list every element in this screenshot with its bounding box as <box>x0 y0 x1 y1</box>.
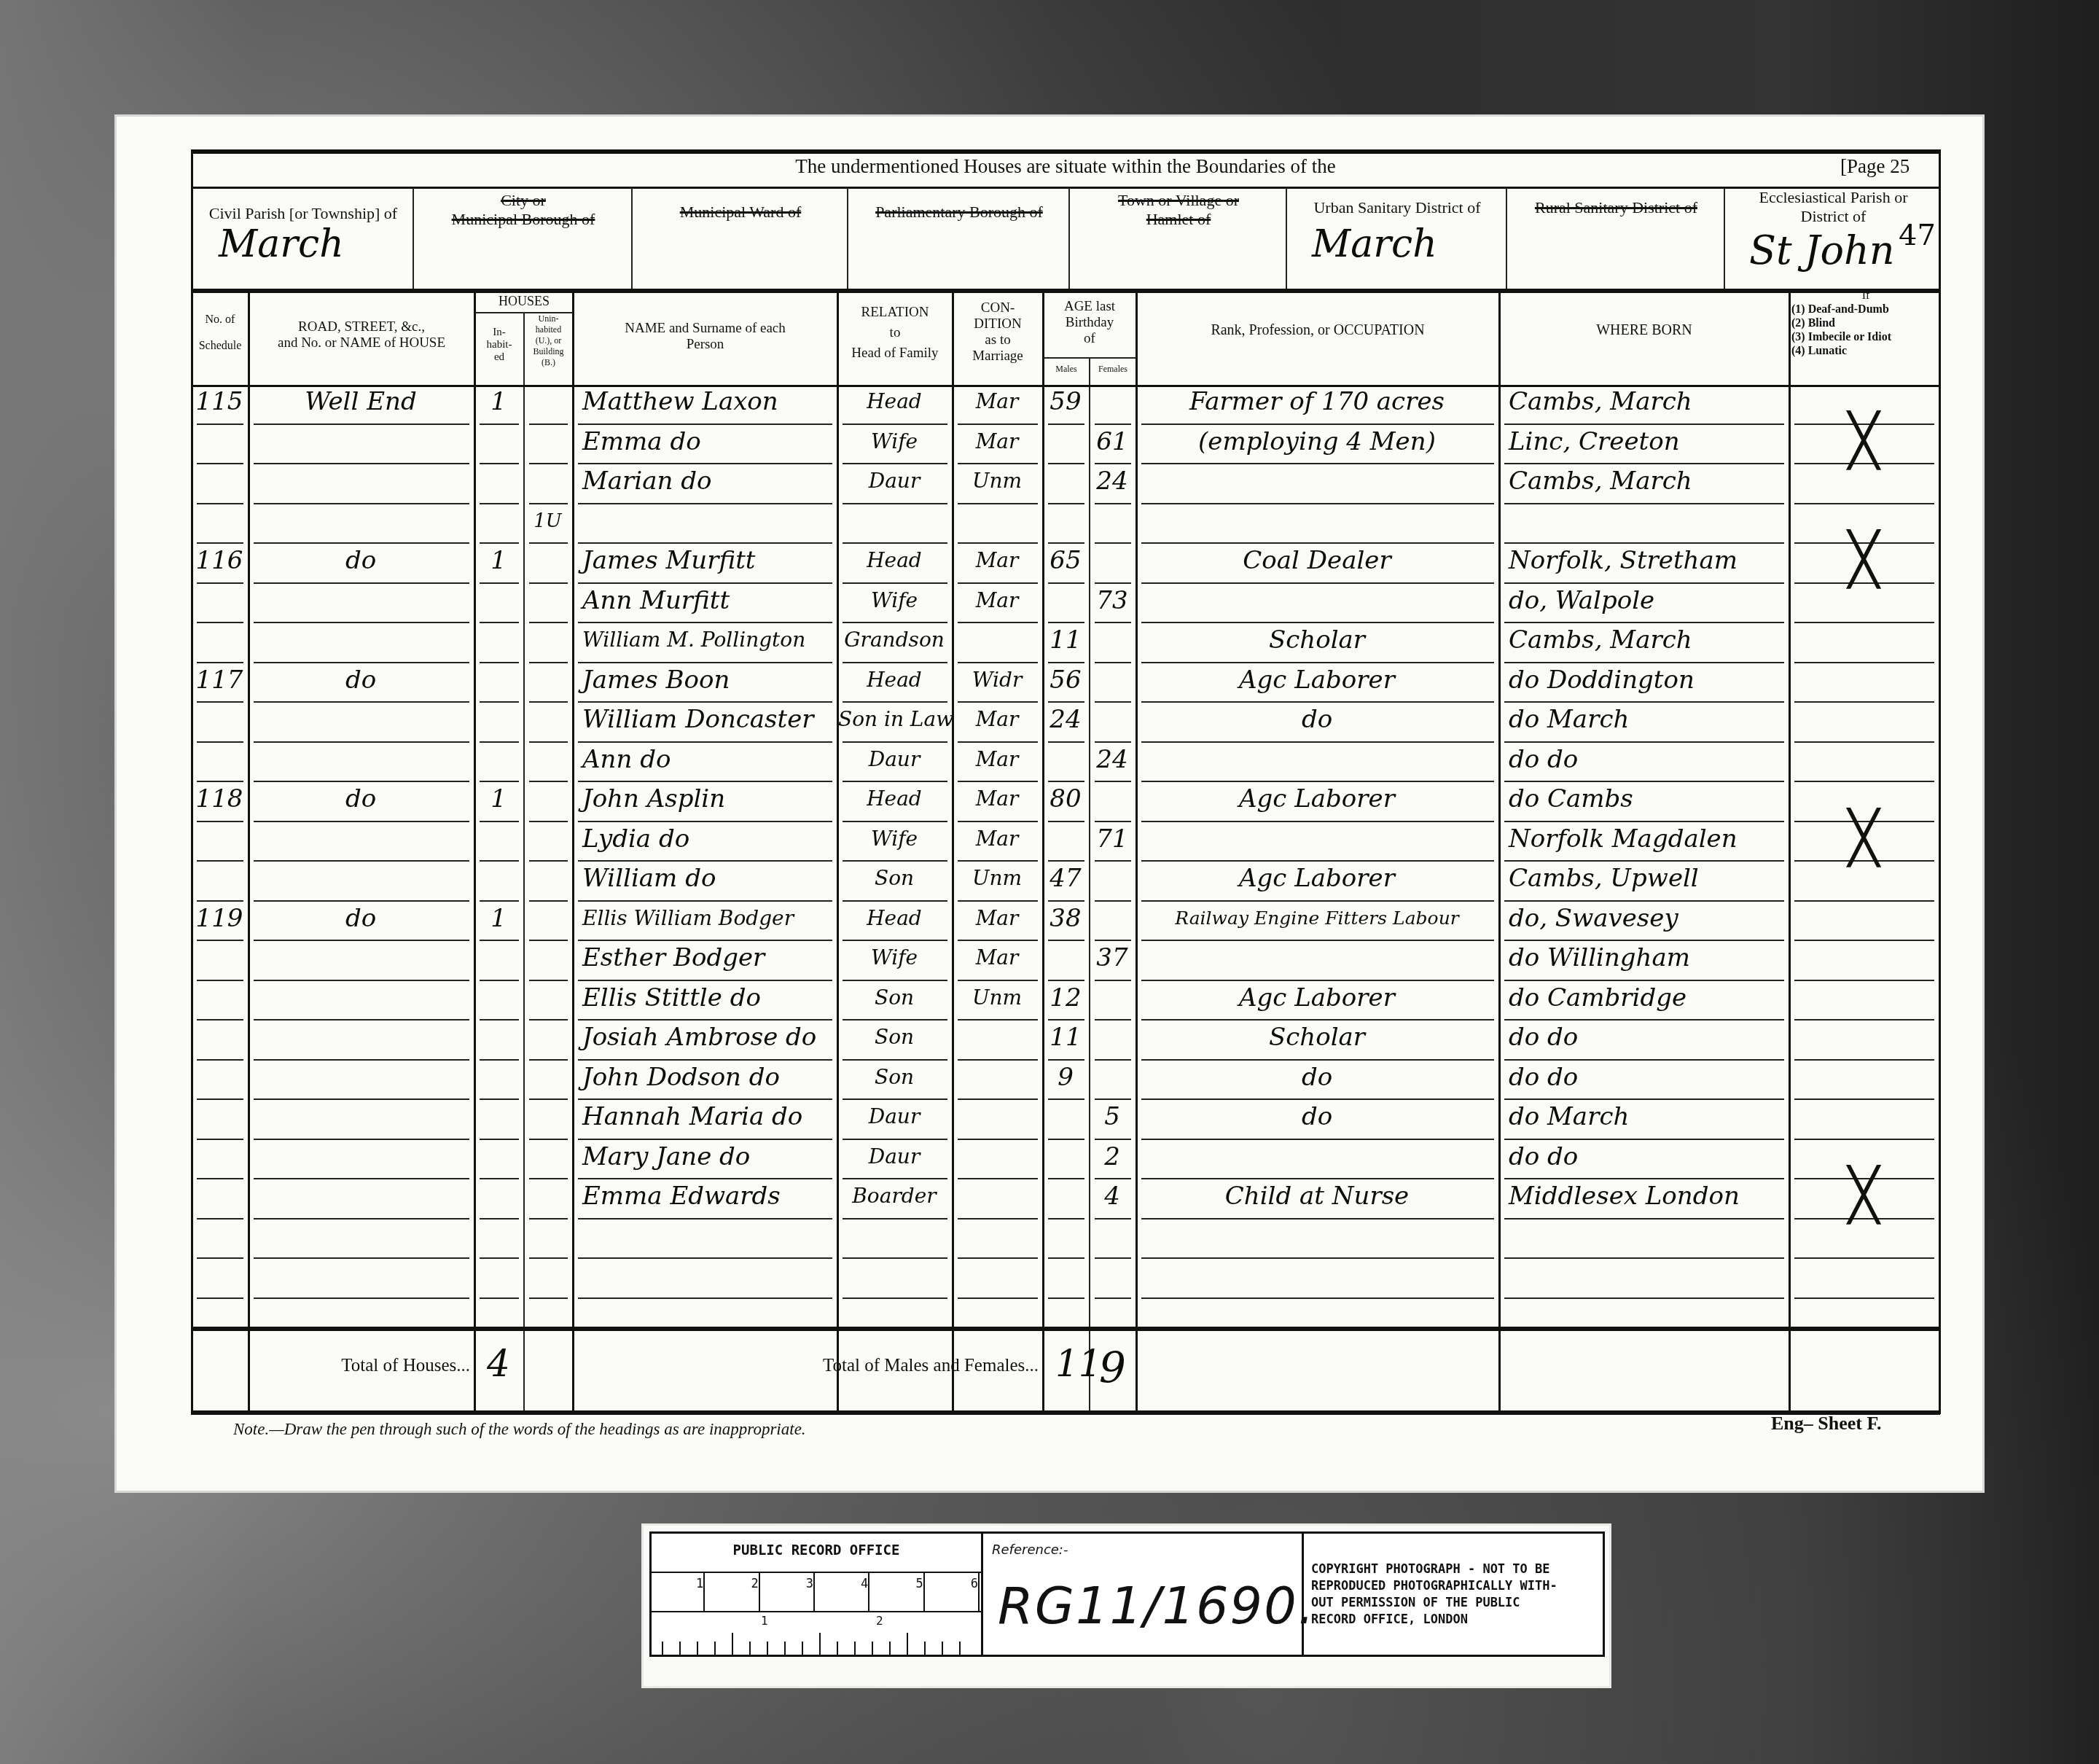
col-relation-line: to <box>838 325 952 341</box>
row-rule <box>197 940 243 941</box>
cell-name: William do <box>582 859 844 898</box>
totals-bottom-rule <box>191 1410 1940 1415</box>
folio-number: 47 <box>1899 219 1936 252</box>
cell-relation: Wife <box>838 938 950 977</box>
cell-schedule: 116 <box>192 541 246 580</box>
row-rule <box>1048 1218 1084 1219</box>
row-rule <box>1794 781 1934 782</box>
row-rule <box>1095 701 1131 703</box>
cell-inhabited: 1 <box>475 899 522 938</box>
stamp-reference-panel: Reference:- RG11/1690. <box>983 1534 1304 1655</box>
row-rule <box>958 1019 1038 1020</box>
row-rule <box>1794 503 1934 504</box>
row-rule <box>1095 1257 1131 1259</box>
row-rule <box>197 821 243 822</box>
cell-name: Ann Murfitt <box>582 581 844 620</box>
cell-name: James Murfitt <box>582 541 844 580</box>
cell-relation: Daur <box>838 740 950 779</box>
cell-road: do <box>249 779 472 819</box>
cell-schedule: 118 <box>192 779 246 819</box>
scale-tick <box>959 1642 961 1655</box>
cell-where-born: do Doddington <box>1509 660 1796 700</box>
urban-sanitary-label: Urban Sanitary District of <box>1289 198 1506 217</box>
cell-occupation: Scholar <box>1137 620 1497 660</box>
row-rule <box>254 741 469 743</box>
cell-condition: Unm <box>953 978 1041 1018</box>
col-infirmity-line: If <box>1791 289 1940 303</box>
record-office-stamp: PUBLIC RECORD OFFICE 123456 12 Reference… <box>641 1523 1611 1688</box>
row-rule <box>1504 1297 1784 1299</box>
row-rule <box>480 701 519 703</box>
cell-occupation: Railway Engine Fitters Labour <box>1137 899 1497 938</box>
totals-top-rule <box>191 1327 1940 1331</box>
cell-relation: Daur <box>838 1097 950 1136</box>
row-rule <box>1141 463 1494 464</box>
cell-occupation: Agc Laborer <box>1137 859 1497 898</box>
row-rule <box>578 1257 832 1259</box>
row-rule <box>480 582 519 584</box>
scale-tick <box>854 1642 856 1655</box>
row-rule <box>254 582 469 584</box>
column-rule <box>1498 289 1501 1410</box>
scale-tick <box>714 1642 716 1655</box>
cell-female-age: 2 <box>1090 1137 1134 1176</box>
cell-name: John Dodson do <box>582 1058 844 1097</box>
row-rule <box>254 1098 469 1100</box>
row-rule <box>1048 424 1084 425</box>
scale-tick <box>819 1633 821 1655</box>
cell-infirmity: ╳ <box>1790 410 1937 470</box>
row-rule <box>1794 741 1934 743</box>
cell-male-age: 56 <box>1044 660 1087 700</box>
col-relation-line: RELATION <box>838 305 952 321</box>
municipal-ward-label: Municipal Ward of <box>634 203 847 222</box>
ecclesiastical-label-1: Ecclesiastical Parish or <box>1727 188 1940 207</box>
scale-tick <box>697 1642 698 1655</box>
row-rule <box>197 860 243 862</box>
row-rule <box>197 1059 243 1061</box>
cell-relation: Head <box>838 899 950 938</box>
cell-where-born: Norfolk Magdalen <box>1509 819 1796 859</box>
row-rule <box>1141 821 1494 822</box>
admin-divider <box>1286 188 1287 292</box>
column-rule <box>1089 357 1090 1410</box>
total-persons-label: Total of Males and Females... <box>729 1356 1039 1376</box>
column-rule <box>474 289 476 1410</box>
town-village-label-1: Town or Village or <box>1071 191 1286 210</box>
row-rule <box>529 463 568 464</box>
cell-name: Esther Bodger <box>582 938 844 977</box>
row-rule <box>1095 1019 1131 1020</box>
row-rule <box>1794 1059 1934 1061</box>
row-rule <box>480 1059 519 1061</box>
row-rule <box>254 424 469 425</box>
col-infirmity-line: (4) Lunatic <box>1791 344 1940 358</box>
cell-female-age: 24 <box>1090 461 1134 501</box>
cell-occupation: Agc Laborer <box>1137 660 1497 700</box>
cell-relation: Head <box>838 779 950 819</box>
col-uninhabited-line: habited <box>525 324 572 335</box>
row-rule <box>578 503 832 504</box>
row-rule <box>1048 582 1084 584</box>
row-rule <box>1141 940 1494 941</box>
cell-relation: Wife <box>838 581 950 620</box>
cell-occupation: do <box>1137 1058 1497 1097</box>
admin-top-rule <box>191 187 1940 189</box>
row-rule <box>197 701 243 703</box>
cell-relation: Head <box>838 541 950 580</box>
row-rule <box>529 1098 568 1100</box>
col-road-line: and No. or NAME of HOUSE <box>249 335 474 351</box>
row-rule <box>254 1019 469 1020</box>
scale-tick <box>889 1642 891 1655</box>
cell-occupation: Child at Nurse <box>1137 1176 1497 1216</box>
row-rule <box>529 1297 568 1299</box>
col-uninhabited-line: (U.), or <box>525 335 572 346</box>
total-females-value: 9 <box>1099 1343 1126 1392</box>
row-rule <box>1504 1218 1784 1219</box>
row-rule <box>1095 622 1131 623</box>
ecclesiastical-value: St John <box>1749 227 1895 273</box>
row-rule <box>480 1257 519 1259</box>
row-rule <box>1794 1098 1934 1100</box>
cell-inhabited: 1 <box>475 382 522 421</box>
scale-centimetres: 12 <box>652 1612 981 1655</box>
cell-where-born: do Willingham <box>1509 938 1796 977</box>
admin-bottom-rule <box>191 289 1940 293</box>
row-rule <box>958 1059 1038 1061</box>
cell-where-born: do March <box>1509 1097 1796 1136</box>
cell-occupation: (employing 4 Men) <box>1137 422 1497 461</box>
col-where-born: WHERE BORN <box>1500 322 1789 338</box>
row-rule <box>1048 940 1084 941</box>
col-condition-line: DITION <box>953 316 1042 332</box>
row-rule <box>529 1257 568 1259</box>
cell-condition: Mar <box>953 700 1041 739</box>
stamp-scale-panel: PUBLIC RECORD OFFICE 123456 12 <box>652 1534 983 1655</box>
scale-segment: 4 <box>816 1573 869 1611</box>
cell-condition: Mar <box>953 740 1041 779</box>
row-rule <box>843 1218 947 1219</box>
cell-where-born: do Cambridge <box>1509 978 1796 1018</box>
scale-segment: 1 <box>652 1573 705 1611</box>
cell-occupation: Agc Laborer <box>1137 779 1497 819</box>
row-rule <box>1504 503 1784 504</box>
cell-male-age: 59 <box>1044 382 1087 421</box>
col-schedule-line: No. of <box>192 312 248 328</box>
scale-tick <box>907 1633 908 1655</box>
row-rule <box>1794 622 1934 623</box>
row-rule <box>197 1257 243 1259</box>
row-rule <box>958 1257 1038 1259</box>
row-rule <box>197 1139 243 1140</box>
row-rule <box>529 582 568 584</box>
col-condition: CON- DITION as to Marriage <box>953 300 1042 364</box>
scale-tick <box>662 1642 663 1655</box>
col-relation: RELATION to Head of Family <box>838 305 952 362</box>
col-infirmity-line: (1) Deaf-and-Dumb <box>1791 303 1940 316</box>
scale-tick <box>802 1642 803 1655</box>
row-rule <box>197 1218 243 1219</box>
row-rule <box>958 503 1038 504</box>
column-rule <box>248 289 250 1410</box>
col-uninhabited-line: (B.) <box>525 357 572 368</box>
col-age-line: Birthday <box>1044 315 1136 331</box>
cell-infirmity: ╳ <box>1790 1165 1937 1225</box>
row-rule <box>254 1218 469 1219</box>
column-rule <box>572 289 574 1410</box>
row-rule <box>1141 741 1494 743</box>
scale-tick <box>837 1642 838 1655</box>
cell-relation: Son <box>838 1058 950 1097</box>
scale-tick <box>784 1642 786 1655</box>
cell-condition: Widr <box>953 660 1041 700</box>
row-rule <box>529 622 568 623</box>
col-condition-line: as to <box>953 332 1042 348</box>
row-rule <box>480 741 519 743</box>
col-age-line: of <box>1044 331 1136 347</box>
col-age-line: AGE last <box>1044 299 1136 315</box>
copyright-line: RECORD OFFICE, LONDON <box>1311 1612 1557 1628</box>
col-condition-line: Marriage <box>953 348 1042 364</box>
scale-segment: 2 <box>706 1573 759 1611</box>
total-houses-label: Total of Houses... <box>306 1356 470 1376</box>
column-rule <box>1042 289 1044 1410</box>
sheet-label: Eng– Sheet F. <box>1771 1413 1881 1435</box>
admin-divider <box>847 188 848 292</box>
page-number: [Page 25 <box>1840 153 1910 179</box>
cell-condition: Mar <box>953 938 1041 977</box>
cell-name: Matthew Laxon <box>582 382 844 421</box>
cell-name: William M. Pollington <box>582 620 844 660</box>
cell-male-age: 38 <box>1044 899 1087 938</box>
row-rule <box>254 622 469 623</box>
cell-condition: Mar <box>953 899 1041 938</box>
col-age: AGE last Birthday of <box>1044 299 1136 347</box>
row-rule <box>197 1098 243 1100</box>
scale-tick <box>732 1633 733 1655</box>
row-rule <box>958 622 1038 623</box>
municipal-borough-label-1: City or <box>415 191 631 210</box>
cell-where-born: do do <box>1509 1058 1796 1097</box>
cell-occupation: Scholar <box>1137 1018 1497 1057</box>
cell-occupation: Agc Laborer <box>1137 978 1497 1018</box>
cell-name: Lydia do <box>582 819 844 859</box>
col-inhabited-line: In- <box>475 327 523 339</box>
row-rule <box>197 582 243 584</box>
cell-where-born: Linc, Creeton <box>1509 422 1796 461</box>
row-rule <box>529 701 568 703</box>
cell-female-age: 37 <box>1090 938 1134 977</box>
row-rule <box>1095 1218 1131 1219</box>
row-rule <box>1048 821 1084 822</box>
row-rule <box>1095 542 1131 544</box>
cell-male-age: 12 <box>1044 978 1087 1018</box>
cell-inhabited: 1 <box>475 541 522 580</box>
stamp-frame: PUBLIC RECORD OFFICE 123456 12 Reference… <box>649 1531 1605 1657</box>
cell-relation: Head <box>838 382 950 421</box>
cell-relation: Grandson <box>838 620 950 660</box>
cell-relation: Head <box>838 660 950 700</box>
cell-where-born: do, Walpole <box>1509 581 1796 620</box>
cell-where-born: do do <box>1509 1137 1796 1176</box>
cell-male-age: 47 <box>1044 859 1087 898</box>
row-rule <box>480 424 519 425</box>
cell-female-age: 24 <box>1090 740 1134 779</box>
row-rule <box>578 1297 832 1299</box>
col-uninhabited-line: Building <box>525 346 572 357</box>
row-rule <box>529 424 568 425</box>
row-rule <box>529 900 568 902</box>
scale-label: 2 <box>876 1614 883 1628</box>
row-rule <box>958 1178 1038 1179</box>
cell-relation: Son <box>838 859 950 898</box>
civil-parish-value: March <box>219 222 344 266</box>
col-inhabited: In- habit- ed <box>475 327 523 364</box>
row-rule <box>958 1218 1038 1219</box>
cell-where-born: Middlesex London <box>1509 1176 1796 1216</box>
row-rule <box>197 622 243 623</box>
row-rule <box>1141 582 1494 584</box>
row-rule <box>843 1257 947 1259</box>
cell-male-age: 65 <box>1044 541 1087 580</box>
municipal-borough-label-2: Municipal Borough of <box>415 210 631 229</box>
row-rule <box>480 662 519 663</box>
col-occupation: Rank, Profession, or OCCUPATION <box>1137 322 1498 338</box>
admin-divider <box>1506 188 1507 292</box>
cell-male-age: 24 <box>1044 700 1087 739</box>
cell-name: Ann do <box>582 740 844 779</box>
row-rule <box>1095 1297 1131 1299</box>
row-rule <box>254 463 469 464</box>
row-rule <box>1794 940 1934 941</box>
cell-relation: Wife <box>838 819 950 859</box>
form-title: The undermentioned Houses are situate wi… <box>191 153 1940 179</box>
cell-name: Mary Jane do <box>582 1137 844 1176</box>
row-rule <box>843 1297 947 1299</box>
cell-name: Ellis Stittle do <box>582 978 844 1018</box>
cell-where-born: Cambs, Upwell <box>1509 859 1796 898</box>
footnote: Note.—Draw the pen through such of the w… <box>233 1420 806 1439</box>
col-schedule: No. of Schedule <box>192 312 248 354</box>
cell-uninhabited: 1U <box>525 502 571 541</box>
row-rule <box>254 701 469 703</box>
col-schedule-line: Schedule <box>192 338 248 354</box>
scale-segment: 3 <box>762 1573 815 1611</box>
cell-relation: Daur <box>838 1137 950 1176</box>
scale-tick <box>942 1642 943 1655</box>
cell-condition: Mar <box>953 422 1041 461</box>
stamp-office-label: PUBLIC RECORD OFFICE <box>652 1542 981 1558</box>
admin-divider <box>413 188 414 292</box>
row-rule <box>197 503 243 504</box>
cell-where-born: Cambs, March <box>1509 461 1796 501</box>
cell-female-age: 73 <box>1090 581 1134 620</box>
cell-female-age: 71 <box>1090 819 1134 859</box>
copyright-line: REPRODUCED PHOTOGRAPHICALLY WITH- <box>1311 1578 1557 1595</box>
col-road: ROAD, STREET, &c., and No. or NAME of HO… <box>249 319 474 351</box>
cell-name: James Boon <box>582 660 844 700</box>
cell-name: John Asplin <box>582 779 844 819</box>
row-rule <box>529 860 568 862</box>
col-name-line: NAME and Surname of each <box>574 321 837 337</box>
cell-where-born: Cambs, March <box>1509 382 1796 421</box>
copyright-line: COPYRIGHT PHOTOGRAPH - NOT TO BE <box>1311 1561 1557 1578</box>
row-rule <box>1048 1098 1084 1100</box>
cell-condition: Mar <box>953 382 1041 421</box>
row-rule <box>529 1139 568 1140</box>
cell-name: Josiah Ambrose do <box>582 1018 844 1057</box>
cell-schedule: 119 <box>192 899 246 938</box>
copyright-line: OUT PERMISSION OF THE PUBLIC <box>1311 1595 1557 1612</box>
cell-condition: Unm <box>953 461 1041 501</box>
scale-tick <box>679 1642 681 1655</box>
row-rule <box>529 940 568 941</box>
row-rule <box>1794 900 1934 902</box>
col-name: NAME and Surname of each Person <box>574 321 837 353</box>
col-houses: HOUSES <box>475 293 573 309</box>
cell-relation: Boarder <box>838 1176 950 1216</box>
cell-female-age: 61 <box>1090 422 1134 461</box>
row-rule <box>1048 741 1084 743</box>
scale-tick <box>749 1642 751 1655</box>
row-rule <box>197 463 243 464</box>
row-rule <box>254 1297 469 1299</box>
cell-road: do <box>249 660 472 700</box>
row-rule <box>1095 860 1131 862</box>
row-rule <box>1048 1178 1084 1179</box>
row-rule <box>254 1178 469 1179</box>
cell-male-age: 11 <box>1044 620 1087 660</box>
row-rule <box>480 1098 519 1100</box>
scale-segment: 5 <box>871 1573 924 1611</box>
row-rule <box>529 781 568 782</box>
row-rule <box>254 940 469 941</box>
civil-parish-label: Civil Parish [or Township] of <box>194 204 413 223</box>
reference-label: Reference:- <box>992 1542 1068 1558</box>
row-rule <box>197 741 243 743</box>
cell-occupation: Coal Dealer <box>1137 541 1497 580</box>
row-rule <box>1141 1297 1494 1299</box>
cell-female-age: 5 <box>1090 1097 1134 1136</box>
cell-road: do <box>249 541 472 580</box>
cell-condition: Unm <box>953 859 1041 898</box>
row-rule <box>529 1218 568 1219</box>
col-name-line: Person <box>574 337 837 353</box>
cell-relation: Son <box>838 1018 950 1057</box>
cell-schedule: 115 <box>192 382 246 421</box>
row-rule <box>529 1019 568 1020</box>
row-rule <box>254 860 469 862</box>
cell-where-born: do do <box>1509 1018 1796 1057</box>
cell-where-born: do Cambs <box>1509 779 1796 819</box>
cell-condition: Mar <box>953 819 1041 859</box>
row-rule <box>480 463 519 464</box>
cell-relation: Daur <box>838 461 950 501</box>
col-infirmity: If (1) Deaf-and-Dumb (2) Blind (3) Imbec… <box>1791 289 1940 358</box>
col-road-line: ROAD, STREET, &c., <box>249 319 474 335</box>
row-rule <box>1095 503 1131 504</box>
col-uninhabited: Unin- habited (U.), or Building (B.) <box>525 313 572 368</box>
cell-relation: Wife <box>838 422 950 461</box>
row-rule <box>958 1139 1038 1140</box>
cell-female-age: 4 <box>1090 1176 1134 1216</box>
row-rule <box>1048 463 1084 464</box>
cell-where-born: do March <box>1509 700 1796 739</box>
row-rule <box>1048 1297 1084 1299</box>
cell-condition: Mar <box>953 541 1041 580</box>
row-rule <box>1794 1019 1934 1020</box>
